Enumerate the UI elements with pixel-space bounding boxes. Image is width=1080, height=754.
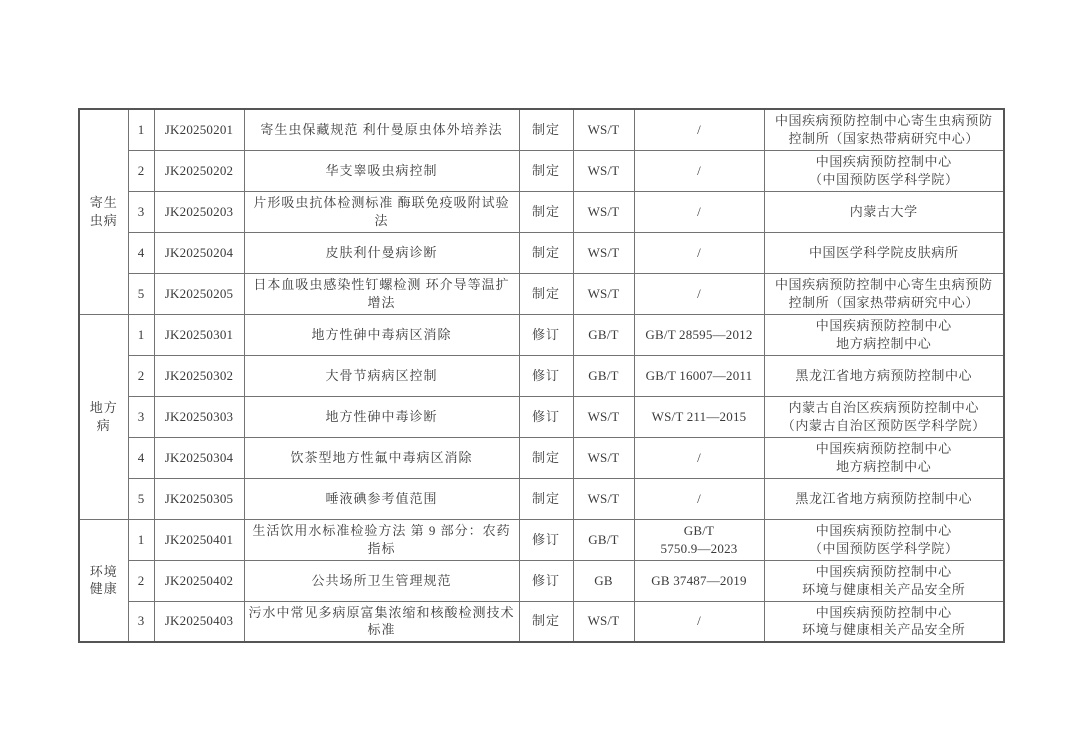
responsible-org-cell: 黑龙江省地方病预防控制中心 <box>764 478 1004 519</box>
project-name-cell: 地方性砷中毒诊断 <box>244 396 519 437</box>
standard-type-cell: WS/T <box>573 601 634 642</box>
project-name-cell: 饮茶型地方性氟中毒病区消除 <box>244 437 519 478</box>
project-name-cell: 片形吸虫抗体检测标准 酶联免疫吸附试验法 <box>244 191 519 232</box>
table-row: 3 JK20250203 片形吸虫抗体检测标准 酶联免疫吸附试验法 制定 WS/… <box>79 191 1004 232</box>
replaced-standard-cell: / <box>634 478 764 519</box>
action-cell: 制定 <box>519 478 573 519</box>
table-row: 2 JK20250202 华支睾吸虫病控制 制定 WS/T / 中国疾病预防控制… <box>79 150 1004 191</box>
row-number-cell: 5 <box>128 478 154 519</box>
project-name-cell: 地方性砷中毒病区消除 <box>244 314 519 355</box>
standard-type-cell: WS/T <box>573 273 634 314</box>
project-name-cell: 污水中常见多病原富集浓缩和核酸检测技术标准 <box>244 601 519 642</box>
project-name-cell: 日本血吸虫感染性钉螺检测 环介导等温扩增法 <box>244 273 519 314</box>
action-cell: 修订 <box>519 396 573 437</box>
responsible-org-cell: 中国疾病预防控制中心 地方病控制中心 <box>764 314 1004 355</box>
project-name-cell: 公共场所卫生管理规范 <box>244 560 519 601</box>
row-number-cell: 3 <box>128 601 154 642</box>
project-name-cell: 唾液碘参考值范围 <box>244 478 519 519</box>
replaced-standard-cell: / <box>634 273 764 314</box>
table-row: 4 JK20250204 皮肤利什曼病诊断 制定 WS/T / 中国医学科学院皮… <box>79 232 1004 273</box>
standard-type-cell: WS/T <box>573 191 634 232</box>
responsible-org-cell: 中国疾病预防控制中心寄生虫病预防控制所（国家热带病研究中心） <box>764 273 1004 314</box>
responsible-org-cell: 中国医学科学院皮肤病所 <box>764 232 1004 273</box>
standard-type-cell: GB/T <box>573 314 634 355</box>
responsible-org-cell: 中国疾病预防控制中心 环境与健康相关产品安全所 <box>764 560 1004 601</box>
replaced-standard-cell: / <box>634 150 764 191</box>
standard-type-cell: WS/T <box>573 396 634 437</box>
row-number-cell: 1 <box>128 314 154 355</box>
document-page: 寄生 虫病 1 JK20250201 寄生虫保藏规范 利什曼原虫体外培养法 制定… <box>0 0 1080 754</box>
table-row: 地方 病 1 JK20250301 地方性砷中毒病区消除 修订 GB/T GB/… <box>79 314 1004 355</box>
replaced-standard-cell: GB/T 16007—2011 <box>634 355 764 396</box>
row-number-cell: 3 <box>128 191 154 232</box>
replaced-standard-cell: GB/T 5750.9—2023 <box>634 519 764 560</box>
action-cell: 制定 <box>519 437 573 478</box>
replaced-standard-cell: / <box>634 109 764 150</box>
row-number-cell: 3 <box>128 396 154 437</box>
standard-type-cell: WS/T <box>573 478 634 519</box>
category-cell: 环境 健康 <box>79 519 128 642</box>
project-id-cell: JK20250302 <box>154 355 244 396</box>
project-name-cell: 华支睾吸虫病控制 <box>244 150 519 191</box>
project-name-cell: 大骨节病病区控制 <box>244 355 519 396</box>
project-id-cell: JK20250303 <box>154 396 244 437</box>
replaced-standard-cell: / <box>634 437 764 478</box>
action-cell: 制定 <box>519 109 573 150</box>
project-id-cell: JK20250204 <box>154 232 244 273</box>
standard-type-cell: WS/T <box>573 437 634 478</box>
table-row: 3 JK20250403 污水中常见多病原富集浓缩和核酸检测技术标准 制定 WS… <box>79 601 1004 642</box>
row-number-cell: 2 <box>128 560 154 601</box>
action-cell: 修订 <box>519 355 573 396</box>
project-id-cell: JK20250205 <box>154 273 244 314</box>
project-id-cell: JK20250401 <box>154 519 244 560</box>
table-row: 环境 健康 1 JK20250401 生活饮用水标准检验方法 第 9 部分：农药… <box>79 519 1004 560</box>
project-id-cell: JK20250403 <box>154 601 244 642</box>
responsible-org-cell: 中国疾病预防控制中心 （中国预防医学科学院） <box>764 519 1004 560</box>
action-cell: 修订 <box>519 519 573 560</box>
table-row: 5 JK20250205 日本血吸虫感染性钉螺检测 环介导等温扩增法 制定 WS… <box>79 273 1004 314</box>
row-number-cell: 1 <box>128 519 154 560</box>
action-cell: 制定 <box>519 273 573 314</box>
table-row: 寄生 虫病 1 JK20250201 寄生虫保藏规范 利什曼原虫体外培养法 制定… <box>79 109 1004 150</box>
action-cell: 制定 <box>519 150 573 191</box>
replaced-standard-cell: WS/T 211—2015 <box>634 396 764 437</box>
responsible-org-cell: 中国疾病预防控制中心 环境与健康相关产品安全所 <box>764 601 1004 642</box>
standard-type-cell: GB <box>573 560 634 601</box>
responsible-org-cell: 内蒙古自治区疾病预防控制中心 （内蒙古自治区预防医学科学院） <box>764 396 1004 437</box>
row-number-cell: 4 <box>128 232 154 273</box>
responsible-org-cell: 黑龙江省地方病预防控制中心 <box>764 355 1004 396</box>
replaced-standard-cell: GB 37487—2019 <box>634 560 764 601</box>
standard-type-cell: GB/T <box>573 519 634 560</box>
standard-type-cell: WS/T <box>573 109 634 150</box>
responsible-org-cell: 中国疾病预防控制中心 （中国预防医学科学院） <box>764 150 1004 191</box>
standards-table: 寄生 虫病 1 JK20250201 寄生虫保藏规范 利什曼原虫体外培养法 制定… <box>78 108 1005 643</box>
project-id-cell: JK20250201 <box>154 109 244 150</box>
project-id-cell: JK20250305 <box>154 478 244 519</box>
action-cell: 制定 <box>519 601 573 642</box>
row-number-cell: 2 <box>128 150 154 191</box>
table-row: 2 JK20250302 大骨节病病区控制 修订 GB/T GB/T 16007… <box>79 355 1004 396</box>
responsible-org-cell: 中国疾病预防控制中心寄生虫病预防控制所（国家热带病研究中心） <box>764 109 1004 150</box>
replaced-standard-cell: GB/T 28595—2012 <box>634 314 764 355</box>
standard-type-cell: WS/T <box>573 150 634 191</box>
project-name-cell: 皮肤利什曼病诊断 <box>244 232 519 273</box>
replaced-standard-cell: / <box>634 601 764 642</box>
row-number-cell: 4 <box>128 437 154 478</box>
table-row: 2 JK20250402 公共场所卫生管理规范 修订 GB GB 37487—2… <box>79 560 1004 601</box>
project-name-cell: 寄生虫保藏规范 利什曼原虫体外培养法 <box>244 109 519 150</box>
action-cell: 制定 <box>519 232 573 273</box>
responsible-org-cell: 内蒙古大学 <box>764 191 1004 232</box>
project-id-cell: JK20250304 <box>154 437 244 478</box>
project-id-cell: JK20250301 <box>154 314 244 355</box>
row-number-cell: 1 <box>128 109 154 150</box>
table-row: 4 JK20250304 饮茶型地方性氟中毒病区消除 制定 WS/T / 中国疾… <box>79 437 1004 478</box>
project-id-cell: JK20250202 <box>154 150 244 191</box>
project-name-cell: 生活饮用水标准检验方法 第 9 部分：农药指标 <box>244 519 519 560</box>
standard-type-cell: GB/T <box>573 355 634 396</box>
responsible-org-cell: 中国疾病预防控制中心 地方病控制中心 <box>764 437 1004 478</box>
standard-type-cell: WS/T <box>573 232 634 273</box>
category-cell: 寄生 虫病 <box>79 109 128 314</box>
project-id-cell: JK20250402 <box>154 560 244 601</box>
row-number-cell: 2 <box>128 355 154 396</box>
action-cell: 制定 <box>519 191 573 232</box>
table-row: 5 JK20250305 唾液碘参考值范围 制定 WS/T / 黑龙江省地方病预… <box>79 478 1004 519</box>
project-id-cell: JK20250203 <box>154 191 244 232</box>
row-number-cell: 5 <box>128 273 154 314</box>
replaced-standard-cell: / <box>634 232 764 273</box>
action-cell: 修订 <box>519 314 573 355</box>
replaced-standard-cell: / <box>634 191 764 232</box>
category-cell: 地方 病 <box>79 314 128 519</box>
action-cell: 修订 <box>519 560 573 601</box>
table-row: 3 JK20250303 地方性砷中毒诊断 修订 WS/T WS/T 211—2… <box>79 396 1004 437</box>
